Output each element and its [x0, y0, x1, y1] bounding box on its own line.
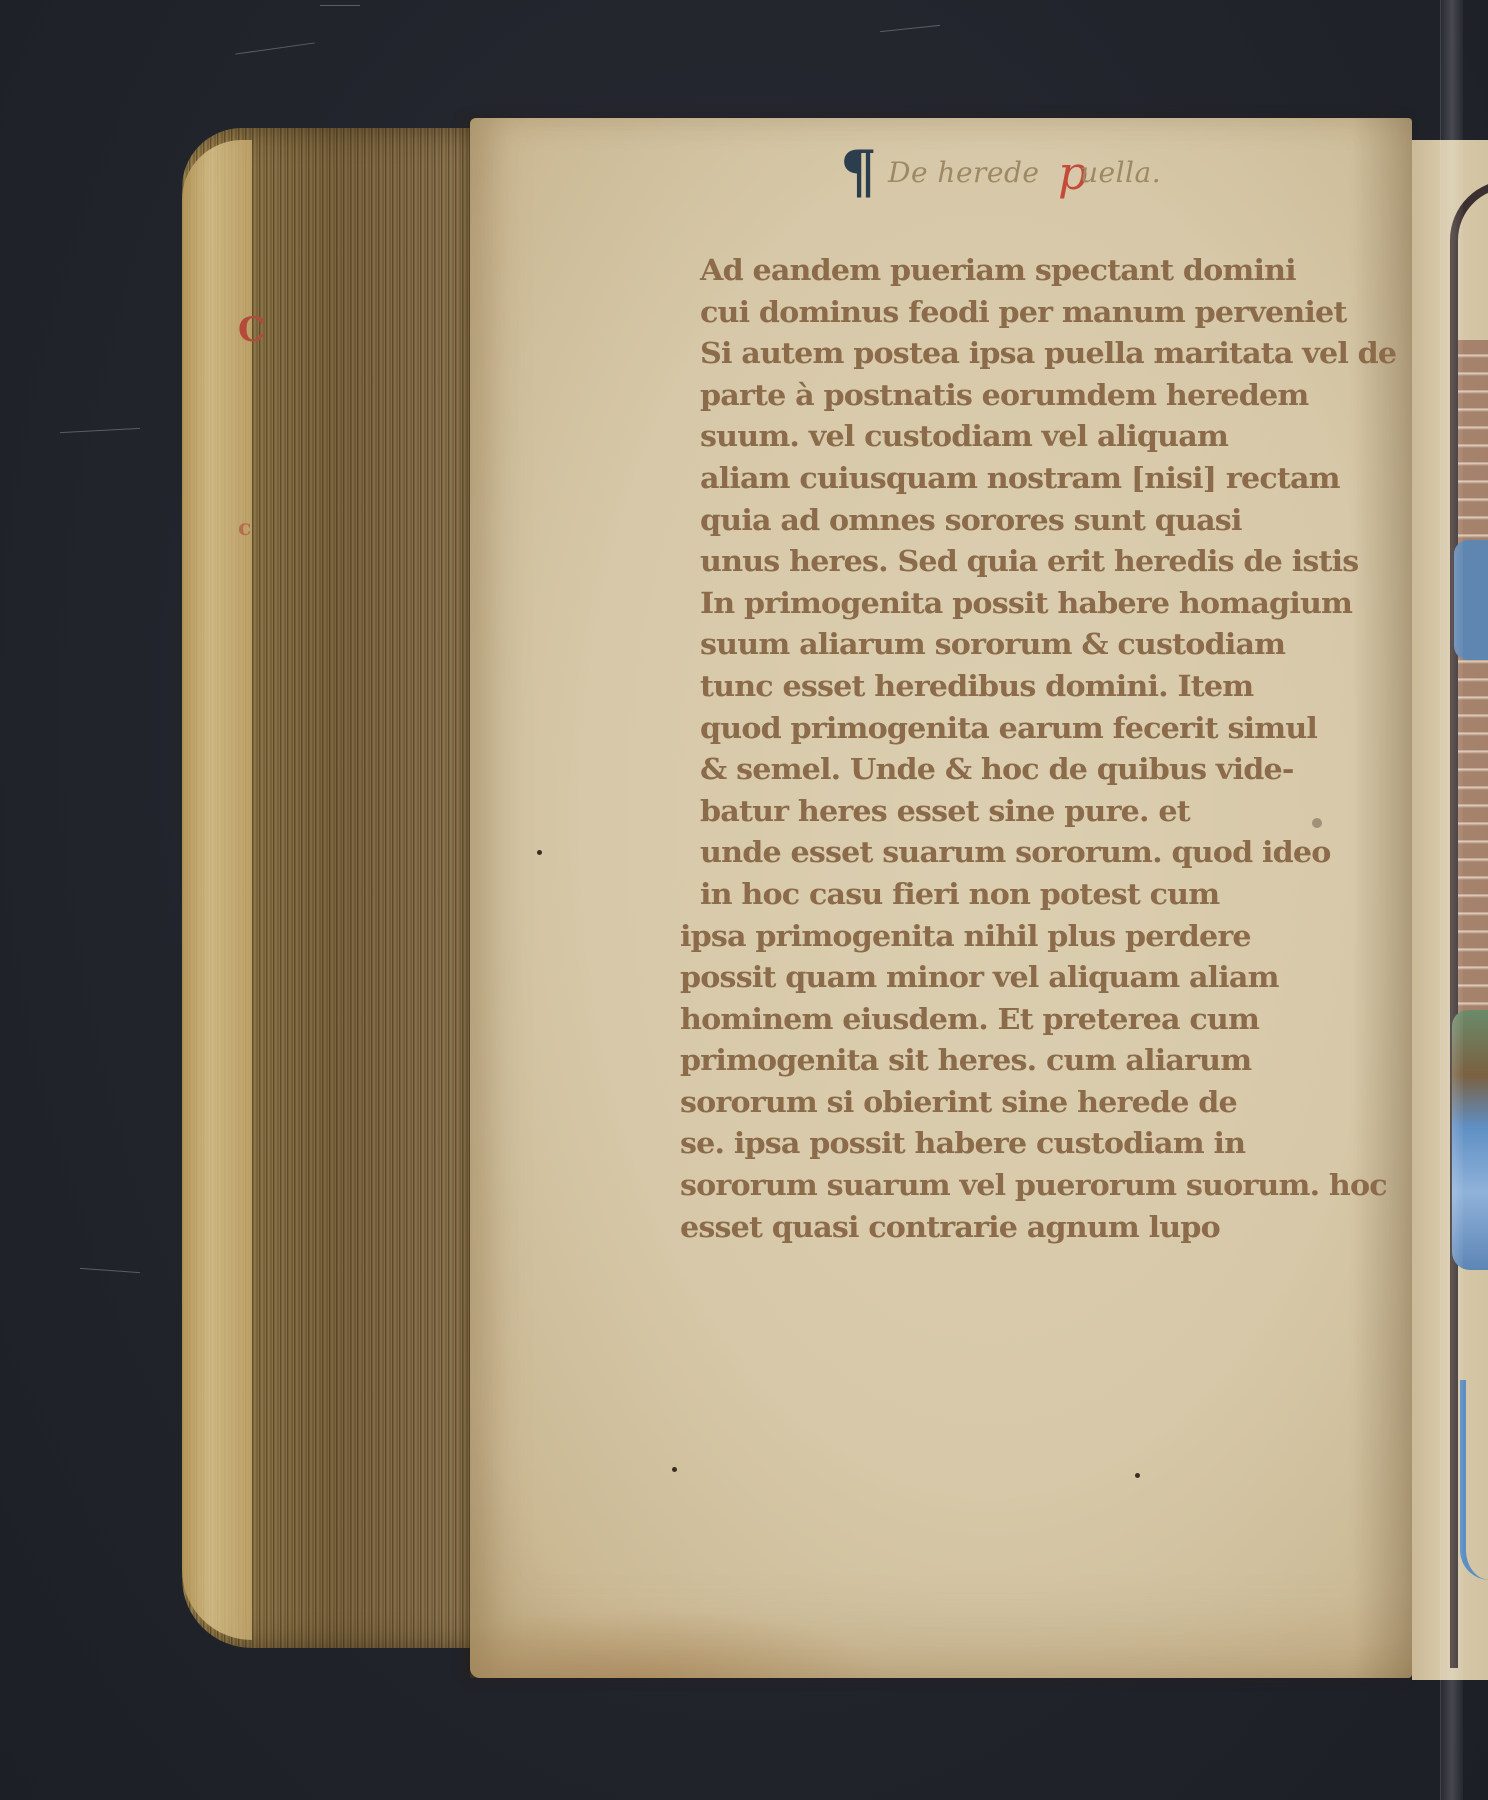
book-outer-leaves [182, 140, 252, 1640]
paraph-mark-icon: ¶ [840, 138, 877, 206]
ink-speck [672, 1467, 677, 1472]
text-line: & semel. Unde & hoc de quibus vide- [700, 749, 1345, 791]
red-initial-mark: C [238, 310, 265, 350]
rubric-text: De herede [888, 156, 1039, 189]
text-line: In primogenita possit habere homagium [700, 583, 1345, 625]
text-line: suum aliarum sororum & custodiam [700, 624, 1345, 666]
text-line: hominem eiusdem. Et preterea cum [680, 999, 1346, 1041]
background-scratch [880, 25, 940, 32]
text-line: parte à postnatis eorumdem heredem [700, 375, 1345, 417]
ink-speck [1135, 1473, 1140, 1478]
text-line: Si autem postea ipsa puella maritata vel… [700, 333, 1345, 375]
text-line: suum. vel custodiam vel aliquam [700, 416, 1345, 458]
main-text-block: Ad eandem pueriam spectant domini cui do… [700, 250, 1320, 1248]
background-scratch [60, 428, 140, 433]
water-stain [470, 1608, 890, 1678]
text-line: aliam cuiusquam nostram [nisi] rectam [700, 458, 1345, 500]
text-line: unus heres. Sed quia erit heredis de ist… [700, 541, 1345, 583]
rubric-text-end: uella. [1080, 156, 1161, 189]
text-line: primogenita sit heres. cum aliarum [680, 1040, 1346, 1082]
text-line: esset quasi contrarie agnum lupo [680, 1207, 1346, 1249]
ink-speck [1312, 818, 1322, 828]
illuminated-initial-tail [1460, 1380, 1488, 1580]
text-line: possit quam minor vel aliquam aliam [680, 957, 1346, 999]
text-line: in hoc casu fieri non potest cum [700, 874, 1345, 916]
text-line: tunc esset heredibus domini. Item [700, 666, 1345, 708]
text-line: Ad eandem pueriam spectant domini [700, 250, 1345, 292]
text-line: cui dominus feodi per manum perveniet [700, 292, 1345, 334]
text-line: quod primogenita earum fecerit simul [700, 708, 1345, 750]
background-scratch [235, 42, 314, 54]
background-scratch [320, 5, 360, 6]
text-line: unde esset suarum sororum. quod ideo [700, 832, 1345, 874]
glass-clamp-strip [1440, 0, 1463, 1800]
ink-speck [537, 850, 542, 855]
background-scratch [80, 1268, 140, 1273]
text-line: quia ad omnes sorores sunt quasi [700, 500, 1345, 542]
text-line: ipsa primogenita nihil plus perdere [680, 916, 1346, 958]
red-initial-mark: c [238, 515, 251, 541]
text-line: sororum si obierint sine herede de [680, 1082, 1346, 1124]
text-line: sororum suarum vel puerorum suorum. hoc [680, 1165, 1346, 1207]
text-line: se. ipsa possit habere custodiam in [680, 1123, 1346, 1165]
text-line: batur heres esset sine pure. et [700, 791, 1345, 833]
